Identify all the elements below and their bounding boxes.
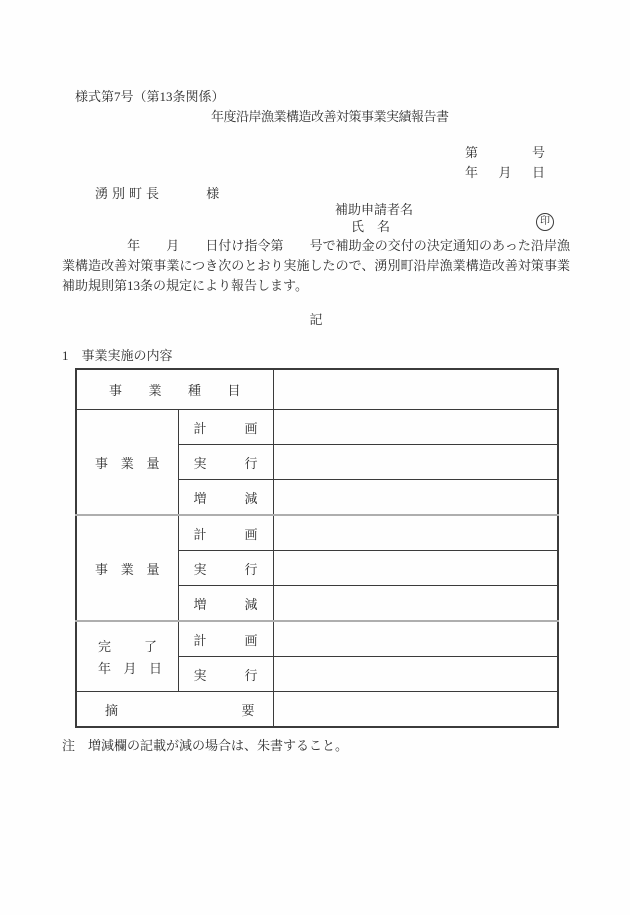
- label-char: 業: [148, 380, 161, 399]
- label-char: 計: [194, 630, 207, 649]
- label-char: 事: [95, 559, 108, 578]
- label-char: 画: [244, 630, 257, 649]
- group1-diff-label-cell: 増 減: [178, 480, 273, 516]
- label-char: 減: [244, 594, 257, 613]
- group2-diff-label-cell: 増 減: [178, 586, 273, 622]
- addressee-name: 湧別町長: [95, 186, 163, 201]
- label-char: 減: [244, 488, 257, 507]
- document-number-line: 第 号: [465, 142, 545, 161]
- completion-plan-label-cell: 計 画: [178, 621, 273, 657]
- completion-actual-label-cell: 実 行: [178, 657, 273, 692]
- label-char: 要: [241, 700, 254, 719]
- label-char: 実: [194, 559, 207, 578]
- group1-plan-value-cell: [273, 410, 558, 445]
- label-char: 摘: [105, 700, 118, 719]
- label-char: 行: [244, 665, 257, 684]
- date-year-label: 年: [465, 162, 478, 181]
- group1-label-cell: 事 業 量: [76, 410, 178, 516]
- addressee-line: 湧別町長 様: [95, 183, 219, 202]
- body-paragraph: 年 月 日付け指令第 号で補助金の交付の決定通知のあった沿岸漁業構造改善対策事業…: [62, 236, 570, 296]
- group1-actual-label-cell: 実 行: [178, 445, 273, 480]
- label-char: 実: [194, 665, 207, 684]
- label-char: 業: [121, 453, 134, 472]
- group2-plan-label-cell: 計 画: [178, 515, 273, 551]
- label-char: 事: [109, 380, 122, 399]
- group2-label-cell: 事 業 量: [76, 515, 178, 621]
- label-char: 増: [194, 594, 207, 613]
- label-char: 日: [149, 658, 162, 677]
- doc-number-suffix: 号: [532, 142, 545, 161]
- label-char: 画: [244, 418, 257, 437]
- table-row-group2-plan: 事 業 量 計 画: [76, 515, 558, 551]
- label-char: 事: [95, 453, 108, 472]
- label-char: 了: [144, 636, 157, 655]
- label-char: 目: [227, 380, 240, 399]
- completion-actual-value-cell: [273, 657, 558, 692]
- group1-actual-value-cell: [273, 445, 558, 480]
- ki-marker: 記: [62, 309, 570, 328]
- business-report-table: 事 業 種 目 事 業 量: [75, 368, 559, 728]
- group1-diff-value-cell: [273, 480, 558, 516]
- label-char: 年: [98, 658, 111, 677]
- label-char: 計: [194, 524, 207, 543]
- group2-actual-label-cell: 実 行: [178, 551, 273, 586]
- seal-glyph: 印: [540, 217, 550, 227]
- addressee-honorific: 様: [206, 186, 219, 201]
- label-char: 種: [188, 380, 201, 399]
- label-char: 完: [98, 636, 111, 655]
- table-row-completion-plan: 完 了 年 月 日 計 画: [76, 621, 558, 657]
- date-day-label: 日: [532, 162, 545, 181]
- completion-date-label-cell: 完 了 年 月 日: [76, 621, 178, 692]
- section-heading: 1 事業実施の内容: [62, 345, 173, 364]
- label-char: 量: [146, 559, 159, 578]
- date-line: 年 月 日: [465, 162, 545, 181]
- label-char: 月: [123, 658, 136, 677]
- seal-icon: 印: [536, 213, 554, 231]
- label-char: 増: [194, 488, 207, 507]
- group2-diff-value-cell: [273, 586, 558, 622]
- summary-label-cell: 摘 要: [76, 692, 273, 728]
- label-char: 行: [244, 453, 257, 472]
- form-number: 様式第7号（第13条関係）: [75, 86, 225, 105]
- group2-actual-value-cell: [273, 551, 558, 586]
- completion-plan-value-cell: [273, 621, 558, 657]
- summary-value-cell: [273, 692, 558, 728]
- label-char: 行: [244, 559, 257, 578]
- date-month-label: 月: [498, 162, 511, 181]
- group2-plan-value-cell: [273, 515, 558, 551]
- label-char: 量: [146, 453, 159, 472]
- group1-plan-label-cell: 計 画: [178, 410, 273, 445]
- table-row-group1-plan: 事 業 量 計 画: [76, 410, 558, 445]
- doc-number-prefix: 第: [465, 142, 478, 161]
- label-char: 計: [194, 418, 207, 437]
- label-char: 業: [121, 559, 134, 578]
- document-title: 年度沿岸漁業構造改善対策事業実績報告書: [211, 106, 449, 125]
- label-char: 画: [244, 524, 257, 543]
- table-row-summary: 摘 要: [76, 692, 558, 728]
- label-char: 実: [194, 453, 207, 472]
- document-page: 様式第7号（第13条関係） 年度沿岸漁業構造改善対策事業実績報告書 第 号 年 …: [0, 0, 630, 915]
- project-category-label-cell: 事 業 種 目: [76, 369, 273, 410]
- name-label: 氏 名: [351, 216, 390, 235]
- footnote: 注 増減欄の記載が減の場合は、朱書すること。: [62, 735, 348, 754]
- project-category-value-cell: [273, 369, 558, 410]
- table-row-project-category: 事 業 種 目: [76, 369, 558, 410]
